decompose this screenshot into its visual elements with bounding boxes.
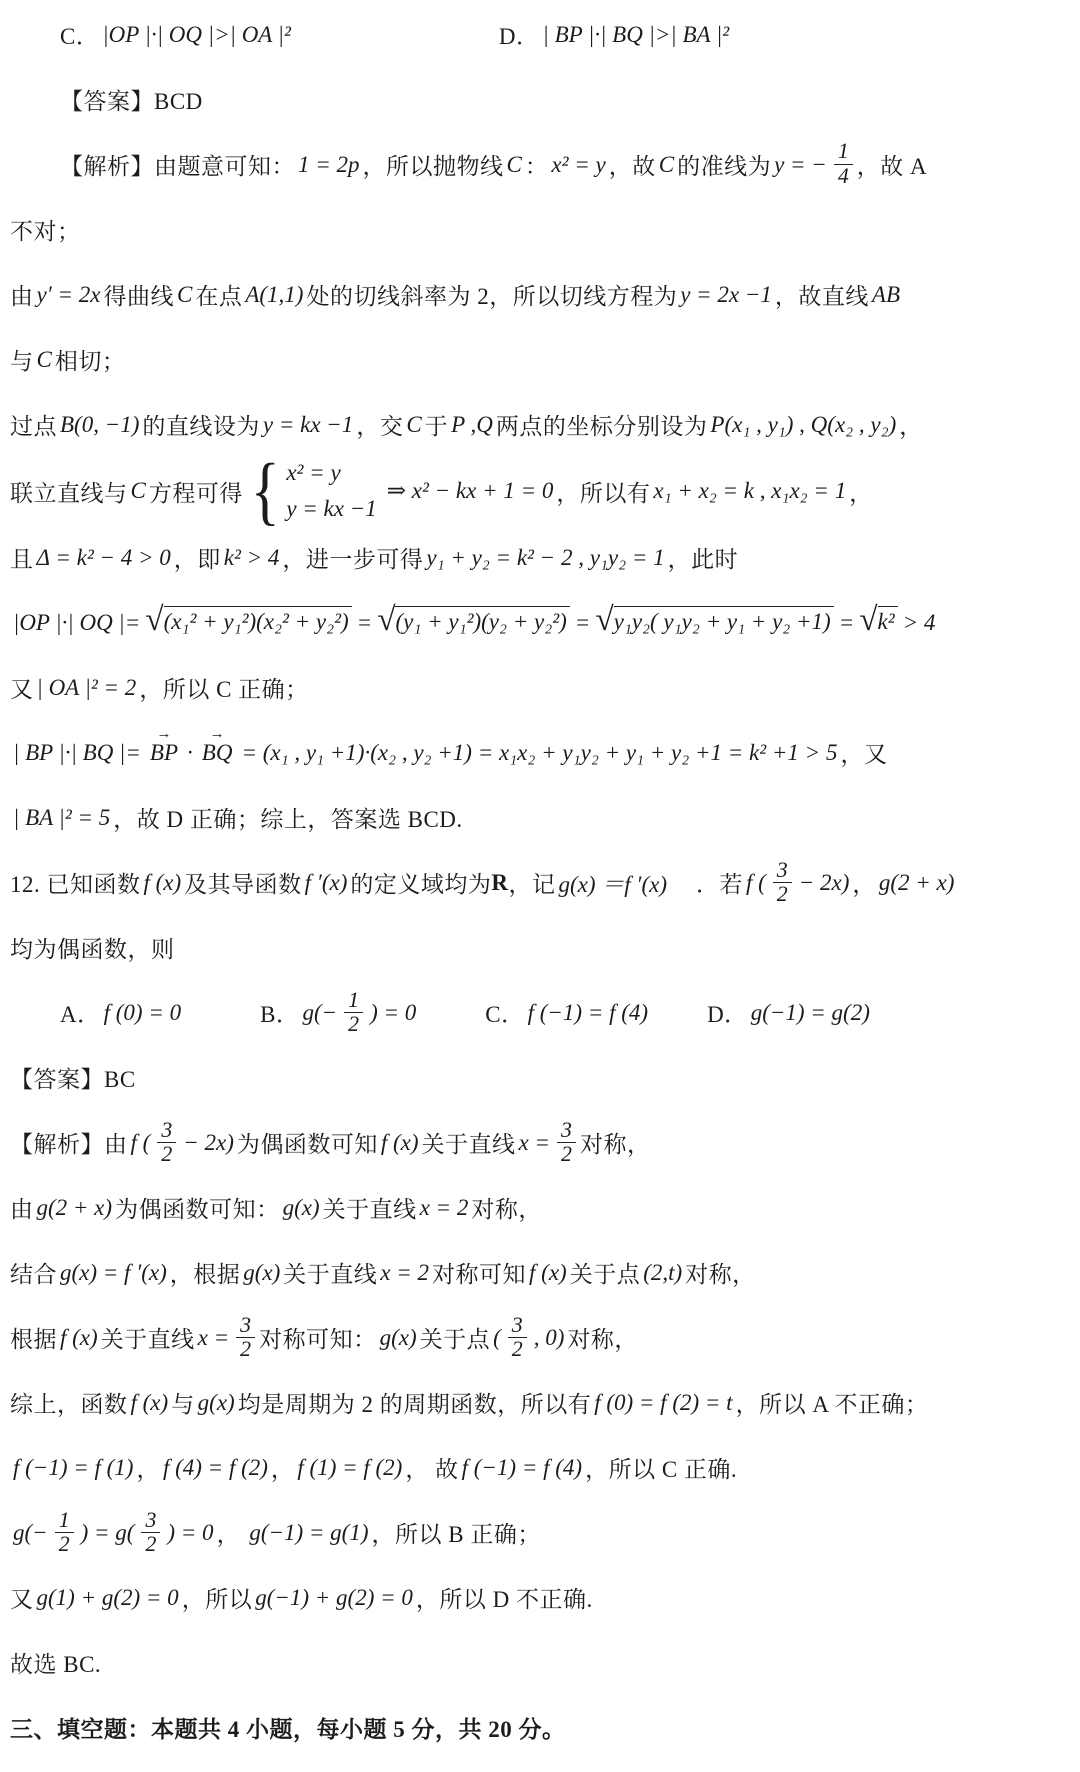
math-segment: g(2 + x) [876,870,958,896]
spacer [670,882,696,883]
fraction: 32 [141,1509,160,1557]
text-segment: 对称可知 [432,1256,526,1289]
text-line: 故选 BC. [10,1630,1068,1695]
text-segment: A． [60,996,101,1029]
text-line: | BP |·| BQ |=BP·BQ= (x₁ , y₁ +1)·(x₂ , … [10,720,1068,785]
math-segment: ( [490,1325,504,1351]
text-segment: D． [707,996,748,1029]
math-segment: Δ = k² − 4 > 0 [34,545,174,571]
text-segment: 的定义域均为 [350,866,491,899]
text-segment: ，故 D 正确；综上，答案选 BCD. [113,801,462,834]
fraction: 12 [344,989,363,1037]
text-segment: 为偶函数可知 [237,1126,378,1159]
math-segment: P ,Q [448,412,496,438]
text-line: 均为偶函数，则 [10,915,1068,980]
math-segment: C [504,152,525,178]
text-segment: ，故 [609,148,656,181]
math-segment: k² > 4 [221,545,283,571]
math-segment: g(− [10,1520,51,1546]
text-line: 【答案】BCD [10,67,1068,132]
text-segment: 的准线为 [677,148,771,181]
math-segment: f (x) [57,1325,101,1351]
text-line: 【解析】由题意可知：1 = 2p，所以抛物线C：x² = y，故C的准线为y =… [10,132,1068,197]
text-line: A．f (0) = 0B．g(−12) = 0C．f (−1) = f (4)D… [10,980,1068,1045]
radical-sign-icon: √ [859,603,877,636]
math-segment: · [184,740,196,766]
text-segment: 均为偶函数，则 [10,931,175,964]
text-line: 不对； [10,197,1068,262]
math-segment: x₁ + x₂ = k , x₁x₂ = 1 [650,478,849,504]
math-segment: g(x) ＝f ′(x) [556,866,670,899]
text-segment: 不对； [10,213,81,246]
math-segment: f ( [743,870,769,896]
text-segment: 由 [10,278,34,311]
text-segment: ，又 [840,736,887,769]
fraction: 32 [157,1119,176,1167]
text-line: 又g(1) + g(2) = 0，所以g(−1) + g(2) = 0，所以 D… [10,1565,1068,1630]
math-segment: , 0) [531,1325,568,1351]
math-segment: AB [869,282,903,308]
text-segment: ，交 [356,408,403,441]
text-segment: 均是周期为 2 的周期函数，所以有 [238,1386,592,1419]
math-segment: (2,t) [640,1260,685,1286]
text-segment: ．若 [696,866,743,899]
math-segment: f (x) [526,1260,570,1286]
math-segment: y = kx −1 [260,412,356,438]
text-segment: 方程可得 [149,475,243,508]
text-segment: ，进一步可得 [282,541,423,574]
text-segment: ，所以 B 正确； [372,1516,541,1549]
math-segment: ⇒ x² − kx + 1 = 0 [384,478,557,504]
text-segment: 【解析】由 [10,1126,128,1159]
text-segment: ， [849,475,873,508]
radical-sign-icon: √ [145,603,163,636]
math-segment: f ′(x) [302,870,351,896]
text-segment: 12. 已知函数 [10,866,141,899]
math-segment: C [128,478,149,504]
math-segment: ) = 0 [367,1000,419,1026]
text-segment: ，此时 [668,541,739,574]
text-segment: 关于点 [570,1256,641,1289]
math-segment: = (x₁ , y₁ +1)·(x₂ , y₂ +1) = x₁x₂ + y₁y… [238,740,840,766]
text-line: 与C相切； [10,327,1068,392]
text-segment: 又 [10,1581,34,1614]
math-segment: g(1) + g(2) = 0 [34,1585,182,1611]
math-segment: > 4 [900,610,939,636]
text-segment: 又 [10,671,34,704]
text-line: | BA |² = 5，故 D 正确；综上，答案选 BCD. [10,785,1068,850]
math-segment: = [836,610,858,636]
text-segment: ， 故 [405,1451,458,1484]
sqrt-expression: √(y₁ + y₁²)(y₂ + y₂²) [377,606,570,639]
math-segment: | OA |² = 2 [34,675,140,701]
text-segment: 相切； [55,343,126,376]
math-segment: |OP |·| OQ |= [10,610,143,636]
math-segment: g(−1) + g(2) = 0 [252,1585,416,1611]
text-segment: ， [271,1451,295,1484]
math-segment: f (0) = f (2) = t [591,1390,735,1416]
math-segment: C [174,282,195,308]
math-segment: f (4) = f (2) [160,1455,271,1481]
text-segment: 为偶函数可知： [115,1191,280,1224]
text-segment: 根据 [10,1321,57,1354]
text-line: 结合g(x) = f ′(x)，根据g(x)关于直线x = 2对称可知f (x)… [10,1240,1068,1305]
math-segment: g(−1) = g(2) [748,1000,873,1026]
text-segment: ， [852,866,876,899]
math-segment: f (x) [128,1390,172,1416]
text-segment: ，所以 C 正确. [585,1451,737,1484]
text-segment: 【答案】BCD [60,83,203,116]
text-line: |OP |·| OQ |=√(x₁² + y₁²)(x₂² + y₂²)=√(y… [10,590,1068,655]
text-segment: 于 [425,408,449,441]
text-segment: ，所以 C 正确； [139,671,308,704]
fraction: 32 [773,859,792,907]
math-segment: C [34,347,55,373]
math-segment: f ( [128,1130,154,1156]
text-line: 且Δ = k² − 4 > 0，即k² > 4，进一步可得y₁ + y₂ = k… [10,525,1068,590]
math-segment: x = 2 [377,1260,432,1286]
text-line: 由y′ = 2x得曲线C在点A(1,1)处的切线斜率为 2，所以切线方程为y =… [10,262,1068,327]
text-segment: 【解析】由题意可知： [60,148,295,181]
text-segment: 对称， [567,1321,638,1354]
spacer [294,34,499,35]
math-segment: g(x) [240,1260,283,1286]
math-segment: f (x) [141,870,185,896]
text-segment: ，根据 [170,1256,241,1289]
text-segment: 综上，函数 [10,1386,128,1419]
radical-sign-icon: √ [377,603,395,636]
math-segment: y′ = 2x [34,282,104,308]
text-segment: 两点的坐标分别设为 [496,408,708,441]
text-segment: 关于直线 [101,1321,195,1354]
text-segment: 对称， [580,1126,651,1159]
text-segment: ， [899,408,923,441]
math-segment: f (1) = f (2) [294,1455,405,1481]
fraction: 32 [236,1314,255,1362]
text-line: 由g(2 + x)为偶函数可知：g(x)关于直线x = 2对称， [10,1175,1068,1240]
text-segment: 联立直线与 [10,475,128,508]
sqrt-expression: √y₁y₂( y₁y₂ + y₁ + y₂ +1) [595,606,833,639]
spacer [184,1012,260,1013]
text-segment: D． [499,18,540,51]
bold-text-segment: R [491,870,508,896]
math-segment: ) = 0 [164,1520,216,1546]
text-segment: 及其导函数 [184,866,302,899]
math-segment: y = − [771,152,830,178]
math-segment: f (0) = 0 [101,1000,184,1026]
text-segment: 关于直线 [422,1126,516,1159]
text-line: 综上，函数f (x)与g(x)均是周期为 2 的周期函数，所以有f (0) = … [10,1370,1068,1435]
spacer [419,1012,485,1013]
math-segment: g(− [299,1000,340,1026]
math-segment: | BA |² = 5 [10,805,113,831]
math-segment: x = [516,1130,553,1156]
text-segment: 关于直线 [283,1256,377,1289]
equation-system: {x² = yy = kx −1 [247,457,380,525]
text-segment: C． [485,996,524,1029]
text-segment: 对称， [471,1191,542,1224]
math-segment: f (x) [378,1130,422,1156]
fraction: 32 [508,1314,527,1362]
math-segment: f (−1) = f (1) [10,1455,136,1481]
math-segment: C [403,412,424,438]
math-segment: P(x₁ , y₁) , Q(x₂ , y₂) [707,412,899,438]
math-segment: y₁ + y₂ = k² − 2 , y₁y₂ = 1 [423,545,667,571]
text-segment: C． [60,18,99,51]
text-segment: ，所以 A 不正确； [736,1386,929,1419]
vector-segment: BP [147,740,181,766]
fraction: 32 [557,1119,576,1167]
math-segment: x = 2 [417,1195,472,1221]
spacer [651,1012,707,1013]
text-line: f (−1) = f (1)，f (4) = f (2)，f (1) = f (… [10,1435,1068,1500]
text-segment: ，记 [509,866,556,899]
text-segment: 过点 [10,408,57,441]
text-segment: 【答案】BC [10,1061,136,1094]
document-page: { "page": {"background": "#ffffff", "tex… [0,0,1080,1772]
vector-segment: BQ [199,740,236,766]
math-segment: B(0, −1) [57,412,142,438]
math-segment: g(−1) = g(1) [246,1520,371,1546]
text-segment: 关于直线 [323,1191,417,1224]
math-segment: y = 2x −1 [677,282,775,308]
text-segment: ，即 [174,541,221,574]
text-segment: 得曲线 [103,278,174,311]
math-segment: = [572,610,594,636]
math-segment: C [656,152,677,178]
text-segment: ， [217,1516,247,1549]
text-line: 根据f (x)关于直线x =32对称可知：g(x)关于点(32, 0)对称， [10,1305,1068,1370]
document-body: C．|OP |·| OQ |>| OA |²D．| BP |·| BQ |>| … [0,0,1080,1760]
text-segment: 的直线设为 [142,408,260,441]
math-segment: ) = g( [78,1520,138,1546]
text-segment: ： [525,148,549,181]
text-line: 12. 已知函数f (x)及其导函数f ′(x)的定义域均为R，记g(x) ＝f… [10,850,1068,915]
text-segment: 处的切线斜率为 2，所以切线方程为 [306,278,677,311]
text-segment: 且 [10,541,34,574]
text-segment: ，故直线 [775,278,869,311]
text-segment: ， [136,1451,160,1484]
math-segment: x² = y [548,152,608,178]
bold-text-segment: 三、填空题：本题共 4 小题，每小题 5 分，共 20 分。 [10,1711,566,1744]
text-segment: 与 [10,343,34,376]
text-line: 【答案】BC [10,1045,1068,1110]
math-segment: g(x) [195,1390,238,1416]
text-line: C．|OP |·| OQ |>| OA |²D．| BP |·| BQ |>| … [10,2,1068,67]
text-segment: ，所以抛物线 [363,148,504,181]
brace-icon: { [250,457,279,525]
math-segment: 1 = 2p [295,152,363,178]
radical-sign-icon: √ [595,603,613,636]
text-segment: ，所以 D 不正确. [416,1581,593,1614]
text-segment: 对称， [685,1256,756,1289]
text-line: 三、填空题：本题共 4 小题，每小题 5 分，共 20 分。 [10,1695,1068,1760]
math-segment: = [354,610,376,636]
math-segment: A(1,1) [242,282,306,308]
math-segment: x = [195,1325,232,1351]
math-segment: |OP |·| OQ |>| OA |² [99,22,294,48]
fraction: 14 [834,140,853,188]
text-line: g(−12) = g(32) = 0， g(−1) = g(1)，所以 B 正确… [10,1500,1068,1565]
text-segment: ，所以有 [556,475,650,508]
math-segment: g(x) [377,1325,420,1351]
text-line: 又| OA |² = 2，所以 C 正确； [10,655,1068,720]
text-segment: 结合 [10,1256,57,1289]
text-line: 过点B(0, −1)的直线设为y = kx −1，交C于P ,Q两点的坐标分别设… [10,392,1068,457]
math-segment: | BP |·| BQ |= [10,740,144,766]
text-line: 联立直线与C方程可得{x² = yy = kx −1⇒ x² − kx + 1 … [10,457,1068,525]
text-segment: ，故 A [857,148,927,181]
sqrt-expression: √(x₁² + y₁²)(x₂² + y₂²) [145,606,351,639]
text-segment: 对称可知： [259,1321,377,1354]
text-segment: 故选 BC. [10,1646,101,1679]
math-segment: − 2x) [180,1130,237,1156]
math-segment: f (−1) = f (4) [525,1000,651,1026]
sqrt-expression: √k² [859,606,897,639]
text-segment: ，所以 [182,1581,253,1614]
math-segment: g(x) [280,1195,323,1221]
text-segment: 在点 [195,278,242,311]
text-segment: B． [260,996,299,1029]
math-segment: − 2x) [796,870,853,896]
math-segment: g(2 + x) [34,1195,116,1221]
text-segment: 关于点 [420,1321,491,1354]
math-segment: | BP |·| BQ |>| BA |² [540,22,733,48]
text-segment: 与 [171,1386,195,1419]
text-segment: 由 [10,1191,34,1224]
math-segment: g(x) = f ′(x) [57,1260,170,1286]
text-line: 【解析】由f (32− 2x)为偶函数可知f (x)关于直线x =32对称， [10,1110,1068,1175]
math-segment: f (−1) = f (4) [459,1455,585,1481]
fraction: 12 [55,1509,74,1557]
